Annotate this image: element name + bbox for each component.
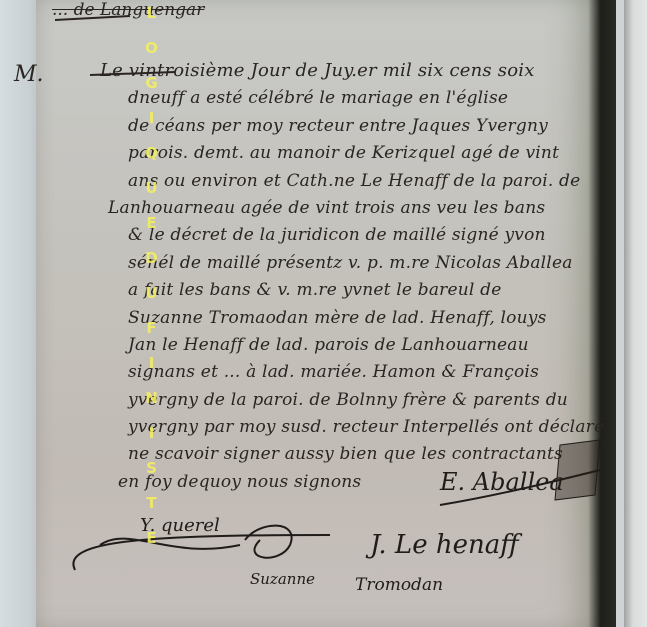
text-line-10: Suzanne Tromaodan mère de lad. Henaff, l… bbox=[128, 308, 547, 328]
text-line-15: ne scavoir signer aussy bien que les con… bbox=[128, 444, 563, 464]
text-line-6: Lanhouarneau agée de vint trois ans veu … bbox=[108, 198, 545, 218]
text-line-2: dneuff a esté célébré le mariage en l'ég… bbox=[128, 88, 508, 108]
text-line-13: yvergny de la paroi. de Bolnny frère & p… bbox=[128, 390, 568, 410]
signature-le-henaff: J. Le henaff bbox=[370, 530, 519, 560]
signature-aballea: E. Aballea bbox=[440, 468, 564, 496]
text-line-4: parois. demt. au manoir de Kerizquel agé… bbox=[128, 143, 559, 163]
vertical-watermark: LOGIQUEDUFINISTE bbox=[143, 4, 159, 564]
text-line-5: ans ou environ et Cath.ne Le Henaff de l… bbox=[128, 171, 580, 191]
watermark-letter: LOGIQUEDUFINISTE bbox=[135, 4, 168, 564]
signature-suzanne: Suzanne bbox=[250, 570, 315, 588]
facing-page-edge bbox=[624, 0, 647, 627]
margin-note-marriage: M. bbox=[14, 62, 44, 87]
text-line-8: sénél de maillé présentz v. p. m.re Nico… bbox=[128, 253, 573, 273]
text-line-7: & le décret de la juridicon de maillé si… bbox=[128, 225, 546, 245]
strikethrough-heading: ... de Languengar bbox=[52, 0, 204, 20]
text-line-14: yvergny par moy susd. recteur Interpellé… bbox=[128, 417, 604, 437]
text-line-12: signans et ... à lad. mariée. Hamon & Fr… bbox=[128, 362, 539, 382]
text-line-9: a fait les bans & v. m.re yvnet le bareu… bbox=[128, 280, 502, 300]
text-line-3: de céans per moy recteur entre Jaques Yv… bbox=[128, 116, 548, 136]
signature-tromodan: Tromodan bbox=[355, 575, 443, 595]
text-line-11: Jan le Henaff de lad. parois de Lanhouar… bbox=[128, 335, 529, 355]
